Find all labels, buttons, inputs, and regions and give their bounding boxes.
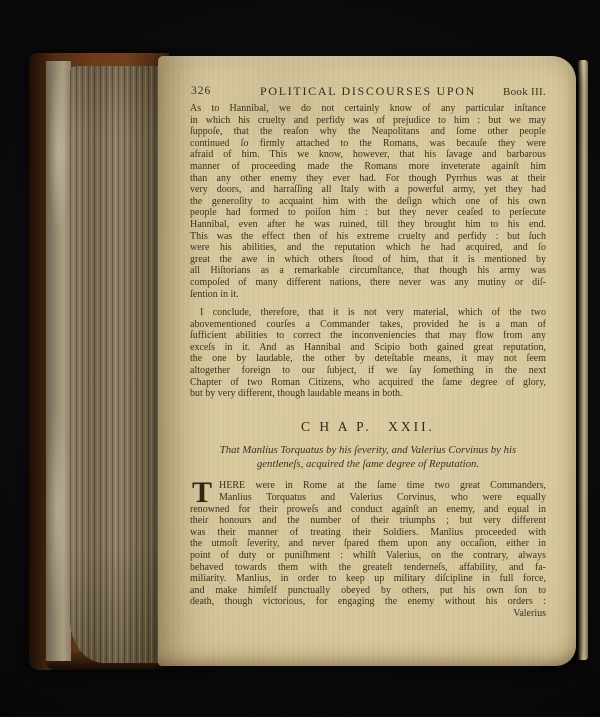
text-line: was their manner of treating their Soldi… bbox=[190, 527, 546, 539]
text-line: all Hiſtorians as a remarkable circumſta… bbox=[190, 265, 546, 277]
text-line: ſuppoſe, that the reaſon why the Neapoli… bbox=[190, 126, 546, 138]
text-line: were his abilities, and the reputation w… bbox=[190, 242, 546, 254]
text-line: altogether foreign to our ſubject, if we… bbox=[190, 365, 546, 377]
text-line: and make himſelf punctually obeyed by ot… bbox=[190, 585, 546, 597]
text-line: their honours and the number of their tr… bbox=[190, 515, 546, 527]
text-line: behaved towards them with the greateſt t… bbox=[190, 562, 546, 574]
running-title: POLITICAL DISCOURSES UPON bbox=[190, 86, 546, 98]
text-line: the utmoſt ſeverity, and never ſpared th… bbox=[190, 538, 546, 550]
text-line: great the awe in which others ſtood of h… bbox=[190, 254, 546, 266]
text-line: I conclude, therefore, that it is not ve… bbox=[190, 307, 546, 319]
text-line: As to Hannibal, we do not certainly know… bbox=[190, 103, 546, 115]
book-cover-worn-strip bbox=[46, 61, 71, 661]
text-line: the generoſity to acquaint him with the … bbox=[190, 196, 546, 208]
facing-page-edge bbox=[578, 60, 588, 660]
drop-cap-letter: T bbox=[190, 481, 214, 503]
text-line: Manlius Torquatus and Valerius Corvinus,… bbox=[190, 492, 546, 504]
text-line: miliarity. Manlius, in order to keep up … bbox=[190, 573, 546, 585]
catchword: Valerius bbox=[190, 608, 546, 620]
text-line: continued ſo firmly attached to the Roma… bbox=[190, 138, 546, 150]
text-line: ſufficient abilities to correct the inco… bbox=[190, 330, 546, 342]
text-line: but by very different, though laudable m… bbox=[190, 388, 546, 400]
text-line: than any other enemy they ever had. For … bbox=[190, 173, 546, 185]
text-line: in which his cruelty and perfidy was of … bbox=[190, 115, 546, 127]
page-header: 326 POLITICAL DISCOURSES UPON Book III. bbox=[190, 86, 546, 100]
text-line: very doors, and harraſſing all Italy wit… bbox=[190, 184, 546, 196]
text-line: ſention in it. bbox=[190, 289, 546, 301]
paragraph-commanders: T HERE were in Rome at the ſame time two… bbox=[190, 480, 546, 608]
text-line: exceſs in it. And as Hannibal and Scipio… bbox=[190, 342, 546, 354]
text-line: gentleneſs, acquired the ſame degree of … bbox=[190, 458, 546, 472]
chapter-heading: C H A P. XXII. bbox=[190, 421, 546, 433]
text-line: compoſed of many different nations, ther… bbox=[190, 277, 546, 289]
text-line: Hannibal, even after he was ruined, till… bbox=[190, 219, 546, 231]
text-line: the one by laudable, the other by deteſt… bbox=[190, 353, 546, 365]
text-line: death, though victorious, for engaging t… bbox=[190, 596, 546, 608]
photo-background: 326 POLITICAL DISCOURSES UPON Book III. … bbox=[0, 0, 600, 717]
text-line: Chapter of two Roman Citizens, who acqui… bbox=[190, 377, 546, 389]
paragraph-hannibal: As to Hannibal, we do not certainly know… bbox=[190, 103, 546, 300]
book-label: Book III. bbox=[503, 87, 546, 99]
text-line: manner of proceeding made the Romans mor… bbox=[190, 161, 546, 173]
paragraph-conclusion: I conclude, therefore, that it is not ve… bbox=[190, 307, 546, 400]
page-content: 326 POLITICAL DISCOURSES UPON Book III. … bbox=[190, 86, 546, 620]
text-line: This was the effect then of his extreme … bbox=[190, 231, 546, 243]
text-line: afraid of him. This we know, however, th… bbox=[190, 149, 546, 161]
text-line: point of duty or puniſhment : whilſt Val… bbox=[190, 550, 546, 562]
text-line: renowned for their proweſs and conduct a… bbox=[190, 504, 546, 516]
text-line: HERE were in Rome at the ſame time two g… bbox=[190, 480, 546, 492]
chapter-summary: That Manlius Torquatus by his ſeverity, … bbox=[190, 444, 546, 471]
book-page: 326 POLITICAL DISCOURSES UPON Book III. … bbox=[158, 56, 576, 666]
text-line: That Manlius Torquatus by his ſeverity, … bbox=[190, 444, 546, 458]
text-line: people had formed to poiſon him : but th… bbox=[190, 207, 546, 219]
paragraph-commanders-lines: HERE were in Rome at the ſame time two g… bbox=[190, 480, 546, 608]
page-stack-fore-edge bbox=[70, 66, 166, 663]
text-line: abovementioned courſes a Commander takes… bbox=[190, 319, 546, 331]
